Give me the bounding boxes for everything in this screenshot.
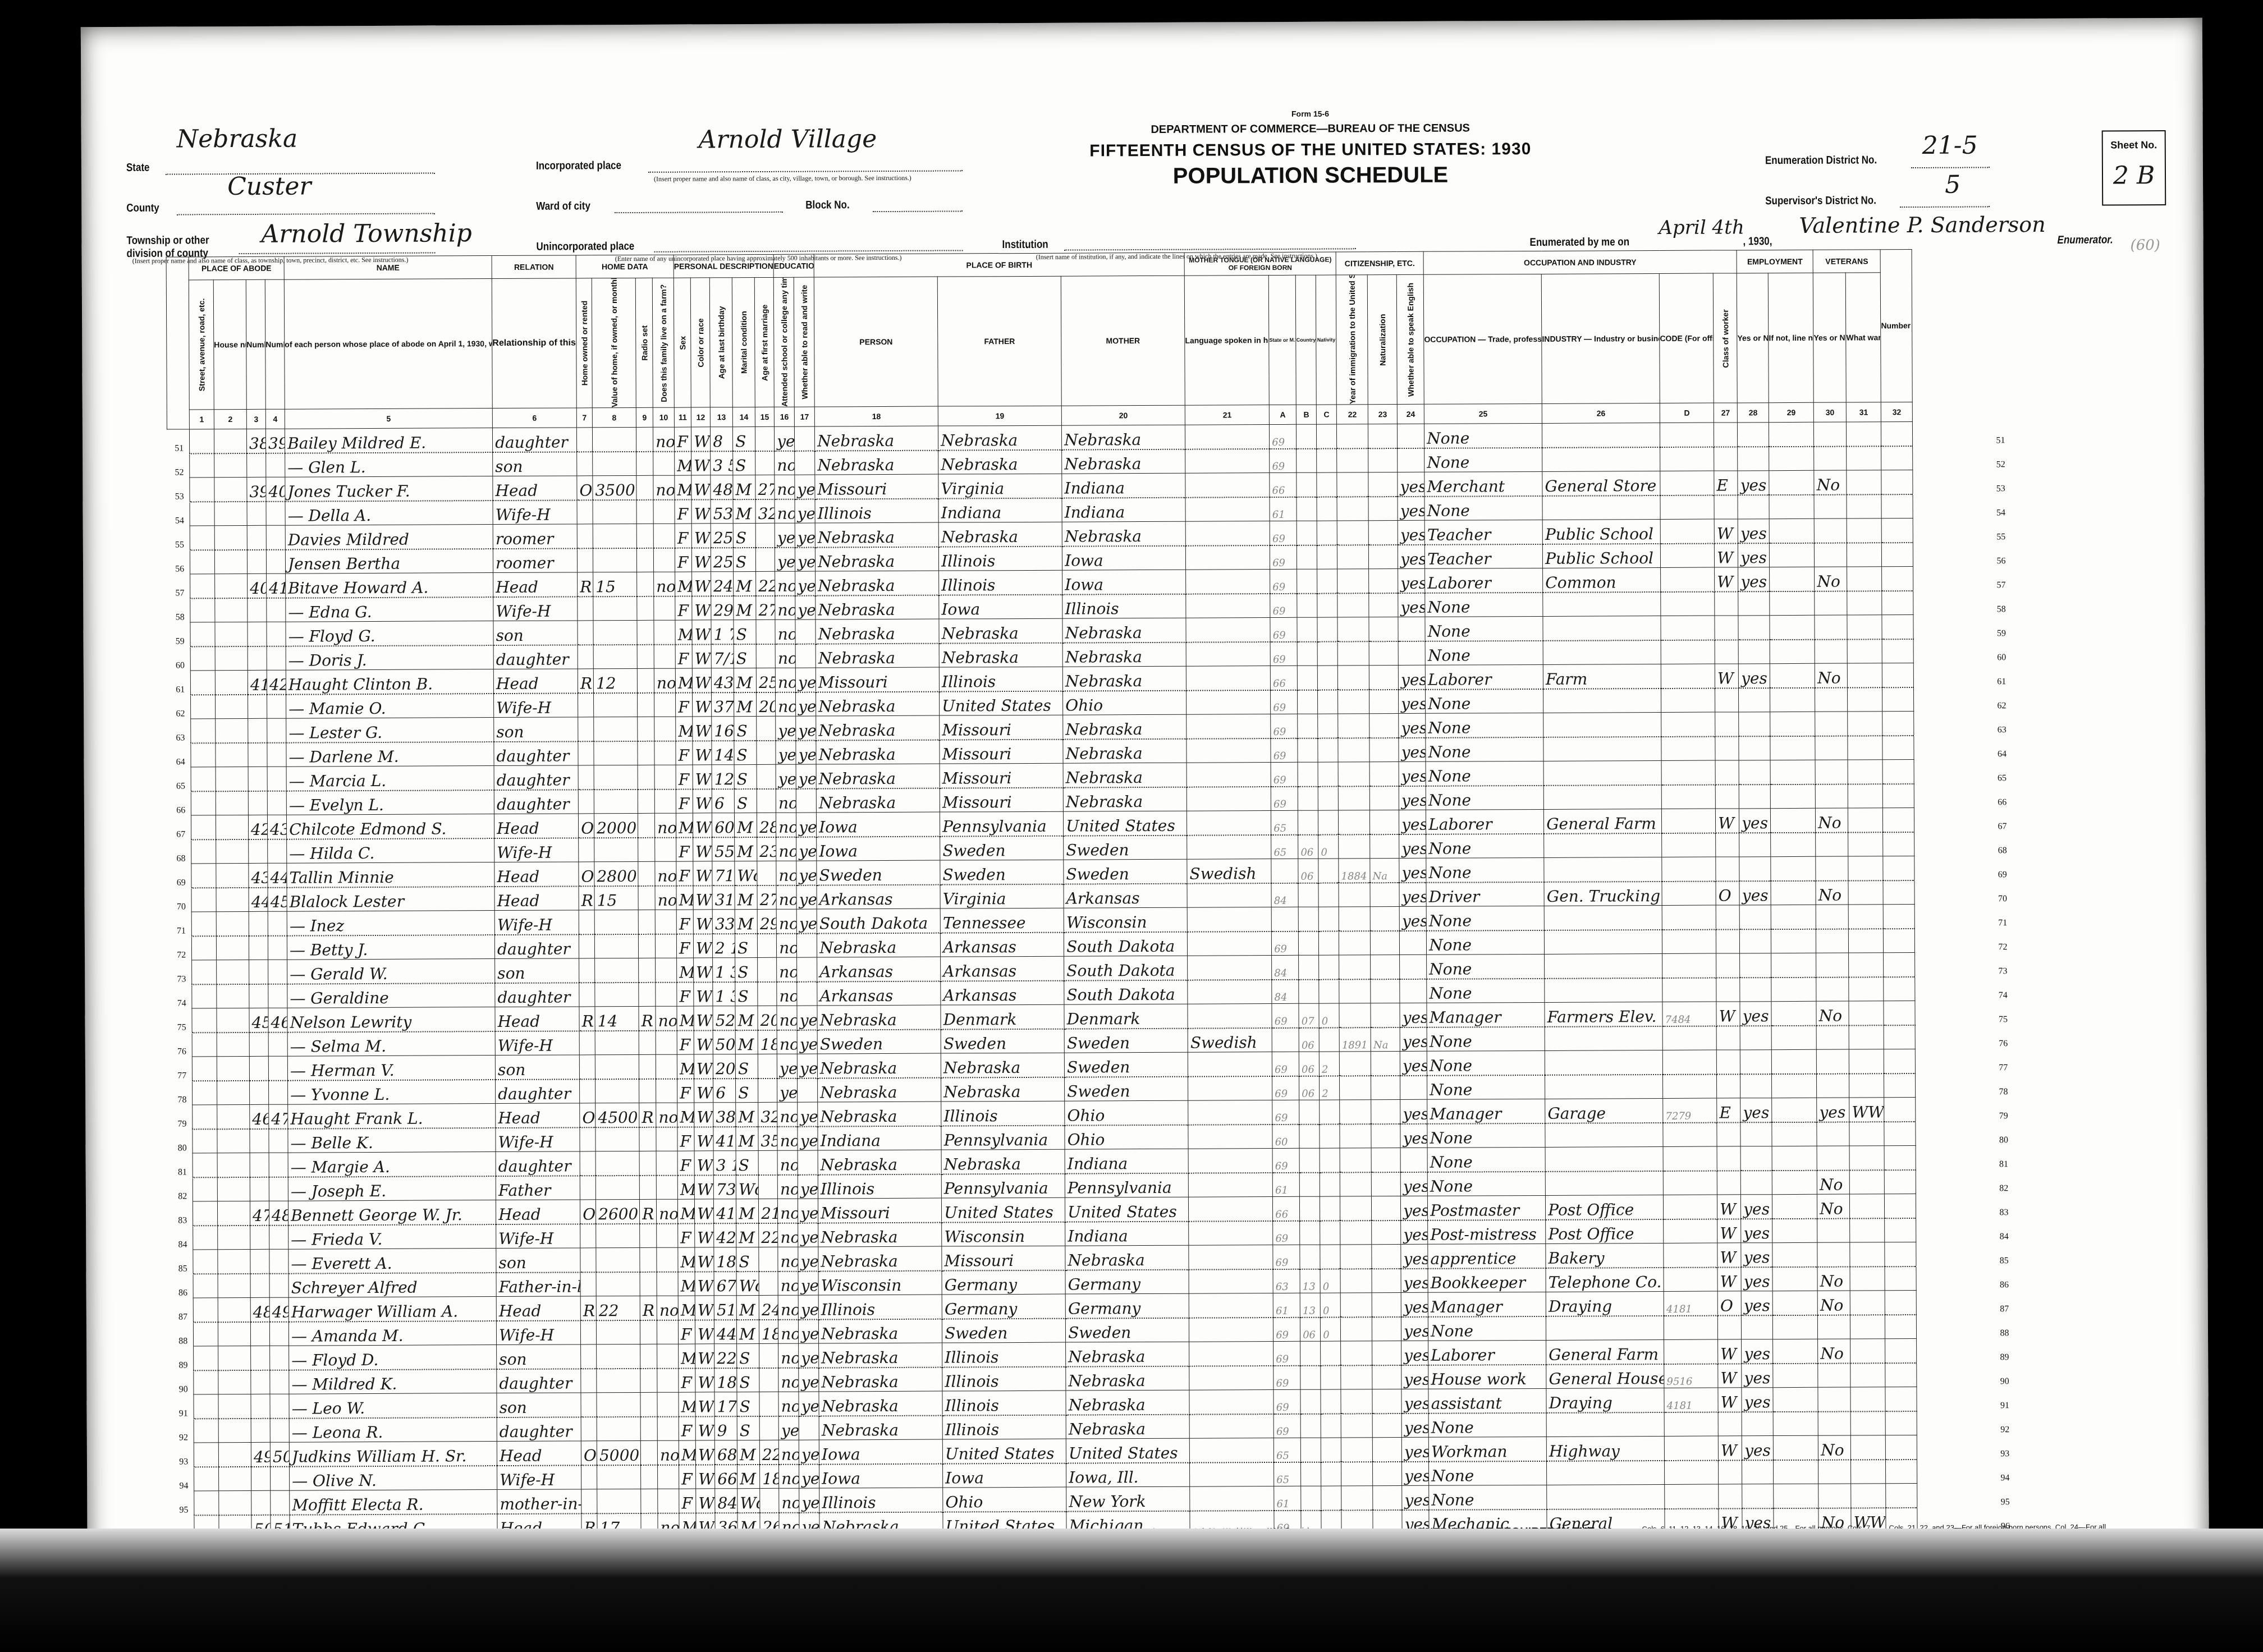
mother-tongue: Swedish — [1187, 859, 1271, 884]
race: W — [693, 692, 712, 717]
class-of-worker: W — [1715, 664, 1738, 688]
code-state: 69 — [1273, 1317, 1300, 1341]
age: 25 — [711, 524, 733, 548]
occupation: Workman — [1428, 1437, 1546, 1461]
home-value — [595, 1030, 639, 1054]
veteran — [1818, 1460, 1851, 1484]
mother-tongue — [1187, 931, 1271, 956]
home-value — [594, 692, 638, 717]
code-country — [1297, 472, 1317, 497]
person-name: — Gerald W. — [287, 959, 495, 984]
family-number — [269, 1273, 288, 1297]
relation: daughter — [494, 790, 578, 814]
occupation-code — [1660, 495, 1714, 519]
read-write — [795, 426, 815, 451]
birthplace-mother: South Dakota — [1064, 931, 1187, 956]
family-number — [269, 1177, 288, 1201]
home-value — [593, 548, 636, 572]
birthplace-mother: Indiana — [1062, 497, 1185, 522]
war-expedition — [1848, 784, 1882, 808]
age: 12 — [712, 765, 734, 789]
birthplace-mother: Nebraska — [1063, 714, 1187, 739]
age-first-marriage: 27 — [755, 475, 775, 499]
occupation-code — [1665, 1460, 1719, 1484]
age-first-marriage: 24 — [759, 1295, 778, 1319]
age-first-marriage — [757, 788, 776, 813]
code-nativity — [1317, 424, 1337, 448]
war-expedition — [1849, 977, 1884, 1001]
industry — [1542, 495, 1660, 520]
immigration-year — [1337, 424, 1368, 448]
home-owned-rented — [580, 1248, 596, 1272]
column-number: B — [1296, 405, 1316, 424]
dwelling-number — [250, 1128, 269, 1153]
code-state: 69 — [1272, 1003, 1299, 1027]
relation: Head — [496, 1296, 580, 1321]
home-value — [593, 499, 636, 524]
mother-tongue — [1190, 1462, 1274, 1487]
at-work: yes — [1738, 567, 1770, 591]
birthplace-mother: South Dakota — [1064, 980, 1188, 1004]
immigration-year — [1337, 497, 1368, 521]
birthplace-father: Pennsylvania — [941, 1125, 1065, 1150]
code-state: 65 — [1274, 1462, 1301, 1486]
race: W — [695, 1320, 714, 1344]
birthplace-mother: Illinois — [1062, 594, 1186, 618]
age-first-marriage — [759, 1368, 778, 1392]
race: W — [693, 717, 712, 741]
mother-tongue — [1188, 1125, 1272, 1149]
block-label: Block No. — [805, 199, 850, 212]
occupation-code — [1662, 833, 1716, 857]
person-name: — Floyd D. — [289, 1345, 497, 1370]
relation: Head — [494, 814, 578, 838]
occupation: None — [1427, 1147, 1545, 1172]
birthplace-mother: Nebraska — [1062, 521, 1185, 546]
age-first-marriage — [758, 1174, 777, 1199]
class-of-worker: W — [1718, 1339, 1742, 1364]
code-country — [1300, 1414, 1321, 1438]
birthplace-mother: Indiana — [1065, 1149, 1188, 1173]
marital-status: S — [735, 1054, 758, 1079]
at-work — [1738, 447, 1769, 471]
age-first-marriage: 28 — [757, 813, 776, 837]
class-of-worker: E — [1714, 471, 1738, 495]
class-of-worker — [1715, 640, 1738, 664]
marital-status: S — [734, 717, 757, 741]
birthplace-person: Missouri — [816, 667, 939, 692]
farm-schedule-number — [1882, 567, 1913, 591]
read-write: yes — [796, 740, 816, 764]
dwelling-number — [248, 767, 267, 791]
occupation: None — [1427, 954, 1545, 979]
school-attendance: no — [778, 1223, 798, 1247]
school-attendance: no — [777, 1030, 797, 1054]
age: 14 — [712, 741, 734, 765]
class-of-worker — [1719, 1484, 1742, 1508]
at-work: yes — [1739, 809, 1771, 833]
house-number — [214, 525, 247, 549]
marital-status: S — [734, 765, 757, 789]
farm-schedule-number — [1885, 1411, 1917, 1435]
form-number: Form 15-6 — [1057, 108, 1563, 120]
person-name: — Margie A. — [288, 1152, 496, 1177]
street — [194, 1394, 218, 1419]
age: 18 — [714, 1368, 737, 1392]
person-name: — Geraldine — [287, 983, 495, 1008]
sex: F — [676, 692, 693, 717]
home-owned-rented: R — [578, 572, 593, 596]
veteran: No — [1816, 808, 1848, 832]
industry: Post Office — [1546, 1219, 1664, 1243]
birthplace-father: Missouri — [940, 715, 1063, 740]
veteran — [1815, 712, 1848, 736]
birthplace-mother: Ohio — [1063, 690, 1187, 715]
occupation: None — [1428, 1316, 1546, 1341]
farm-flag — [657, 1320, 678, 1344]
code-country — [1298, 738, 1318, 762]
code-state: 69 — [1272, 1052, 1299, 1076]
column-number: 16 — [774, 407, 794, 426]
farm-schedule-number — [1885, 1315, 1917, 1339]
occupation: None — [1427, 1123, 1545, 1148]
supervisor-line — [1900, 206, 1990, 208]
column-number: 14 — [732, 407, 755, 427]
house-number — [217, 1177, 250, 1201]
house-number — [218, 1346, 251, 1370]
birthplace-person: Nebraska — [817, 1053, 941, 1078]
person-name: — Mamie O. — [286, 694, 494, 719]
street — [191, 839, 216, 864]
home-owned-rented — [578, 693, 594, 717]
age-first-marriage: 27 — [757, 885, 776, 909]
home-owned-rented — [581, 1344, 597, 1369]
mother-tongue — [1187, 690, 1271, 715]
industry: General Housework — [1546, 1364, 1664, 1388]
birthplace-person: Nebraska — [816, 740, 940, 764]
birthplace-father: Missouri — [940, 763, 1063, 788]
birthplace-father: Arkansas — [940, 932, 1064, 957]
relation: Wife-H — [493, 596, 578, 621]
radio-set — [638, 741, 654, 765]
code-nativity: 0 — [1320, 1317, 1340, 1341]
age-first-marriage: 22 — [759, 1223, 778, 1247]
read-write: yes — [796, 885, 817, 909]
class-of-worker — [1717, 1122, 1740, 1146]
enumerator-name: Valentine P. Sanderson — [1799, 212, 2045, 238]
column-number: 6 — [492, 408, 576, 428]
dwelling-number — [248, 791, 267, 815]
code-nativity — [1317, 617, 1337, 641]
birthplace-mother: Sweden — [1065, 1318, 1189, 1342]
age: 41 — [713, 1127, 736, 1151]
line-number-right: 84 — [1916, 1217, 2090, 1242]
unemployment-line — [1773, 1315, 1818, 1339]
house-number — [217, 960, 249, 984]
column-number: 17 — [794, 407, 814, 426]
supervisor-value: 5 — [1945, 171, 1960, 199]
line-number: 87 — [171, 1298, 193, 1322]
at-work — [1740, 978, 1771, 1002]
age-first-marriage — [757, 861, 776, 885]
class-of-worker: W — [1717, 1243, 1741, 1267]
at-work — [1740, 1122, 1772, 1146]
farm-schedule-number — [1884, 1122, 1916, 1146]
at-work: yes — [1738, 543, 1770, 567]
birthplace-person: Nebraska — [818, 1150, 941, 1174]
home-owned-rented — [581, 1489, 597, 1513]
sex: F — [679, 1368, 695, 1392]
veteran — [1815, 760, 1848, 784]
race: W — [692, 668, 711, 692]
war-expedition — [1847, 446, 1881, 470]
marital-status: S — [735, 982, 758, 1006]
read-write — [795, 644, 816, 668]
age: 7/12 — [711, 644, 734, 668]
naturalization: Na — [1371, 1027, 1400, 1052]
radio-set — [640, 1272, 657, 1296]
read-write — [798, 1150, 818, 1174]
unemployment-line — [1774, 1460, 1818, 1484]
immigration-year — [1339, 1052, 1371, 1076]
column-number: 24 — [1397, 404, 1424, 424]
birthplace-father: Nebraska — [941, 1077, 1065, 1102]
family-number — [267, 742, 286, 767]
street — [193, 1105, 217, 1129]
school-attendance: yes — [777, 1078, 798, 1102]
industry — [1543, 784, 1661, 809]
veteran — [1816, 856, 1848, 880]
line-number: 54 — [167, 502, 190, 526]
line-number: 52 — [167, 453, 190, 478]
age: 8 — [710, 427, 732, 451]
person-name: — Della A. — [285, 501, 493, 526]
street — [193, 1153, 217, 1177]
immigration-year — [1340, 1076, 1371, 1100]
code-country — [1297, 569, 1317, 593]
naturalization — [1368, 521, 1398, 545]
code-nativity: 0 — [1319, 1003, 1339, 1027]
age: 18 — [714, 1247, 736, 1272]
code-country — [1299, 1124, 1320, 1148]
street — [190, 622, 215, 646]
school-attendance: no — [775, 668, 795, 692]
sex: M — [677, 1199, 694, 1223]
class-of-worker: E — [1717, 1098, 1740, 1122]
read-write: yes — [798, 1271, 818, 1295]
naturalization — [1373, 1462, 1402, 1486]
mother-tongue — [1188, 1173, 1272, 1197]
birthplace-mother: Sweden — [1064, 1028, 1188, 1053]
code-country — [1297, 641, 1317, 666]
occupation: None — [1424, 495, 1542, 520]
house-number — [216, 815, 248, 839]
sex: F — [677, 982, 694, 1006]
immigration-year — [1337, 569, 1369, 593]
at-work: yes — [1738, 471, 1769, 495]
age-first-marriage — [756, 644, 775, 668]
age-first-marriage — [757, 716, 776, 740]
code-country — [1297, 666, 1317, 690]
farm-flag — [656, 1030, 677, 1054]
dwelling-number — [251, 1466, 271, 1490]
birthplace-father: Illinois — [939, 667, 1062, 691]
veteran: No — [1817, 1291, 1850, 1315]
dwelling-number — [249, 839, 268, 863]
occupation: None — [1426, 857, 1544, 882]
line-number: 56 — [167, 550, 190, 574]
industry — [1546, 1315, 1664, 1340]
house-number — [216, 887, 249, 911]
relation: daughter — [495, 983, 579, 1007]
header-c16: Attended school or college any time sinc… — [773, 277, 794, 407]
line-number-right: 75 — [1915, 1000, 2088, 1025]
home-owned-rented — [579, 1031, 595, 1055]
relation: Father — [496, 1176, 580, 1200]
street — [192, 984, 217, 1008]
at-work — [1739, 688, 1770, 712]
occupation-code — [1662, 953, 1716, 978]
at-work: yes — [1739, 664, 1770, 688]
birthplace-father: United States — [942, 1439, 1066, 1463]
birthplace-mother: Nebraska — [1062, 618, 1186, 643]
war-expedition — [1849, 929, 1884, 953]
occupation: Manager — [1428, 1292, 1546, 1316]
unemployment-line — [1770, 736, 1815, 760]
school-attendance: no — [778, 1319, 798, 1343]
unemployment-line — [1771, 1025, 1816, 1049]
naturalization — [1371, 1172, 1400, 1196]
dwelling-number — [248, 622, 267, 646]
unemployment-line — [1774, 1435, 1818, 1460]
naturalization — [1369, 641, 1398, 666]
veteran — [1815, 615, 1847, 639]
unemployment-line — [1771, 856, 1816, 880]
speaks-english: yes — [1401, 1389, 1428, 1413]
house-number — [216, 718, 248, 742]
dwelling-number — [249, 1056, 268, 1080]
home-owned-rented — [579, 838, 594, 862]
age-first-marriage: 32 — [758, 1102, 777, 1126]
sex: M — [678, 1272, 695, 1296]
relation: son — [496, 1248, 580, 1273]
birthplace-father: United States — [940, 691, 1063, 715]
veteran: yes — [1817, 1098, 1849, 1122]
header-cC: Nativity — [1316, 275, 1336, 405]
radio-set — [637, 644, 654, 668]
veteran — [1815, 639, 1847, 663]
unemployment-line — [1770, 543, 1815, 567]
birthplace-person: Indiana — [818, 1126, 941, 1150]
birthplace-person: Nebraska — [816, 788, 940, 813]
farm-flag — [656, 958, 677, 982]
school-attendance: no — [778, 1295, 798, 1319]
home-owned-rented: R — [580, 1296, 596, 1320]
line-number-right: 82 — [1916, 1169, 2089, 1194]
ward-label: Ward of city — [536, 200, 590, 213]
birthplace-mother: Sweden — [1064, 859, 1187, 884]
marital-status: M — [735, 885, 757, 910]
family-number — [269, 1128, 288, 1153]
house-number — [217, 1201, 250, 1225]
incorporated-label: Incorporated place — [536, 159, 621, 173]
house-number — [216, 935, 249, 960]
sex: F — [676, 861, 693, 885]
at-work — [1739, 736, 1770, 760]
family-number — [267, 791, 286, 815]
war-expedition: WW — [1849, 1098, 1884, 1122]
family-number: 39 — [265, 429, 285, 453]
dwelling-number — [249, 911, 268, 935]
person-name: Schreyer Alfred — [288, 1273, 496, 1298]
farm-flag: no — [655, 861, 676, 885]
age: 22 — [714, 1344, 737, 1368]
occupation: None — [1429, 1485, 1547, 1509]
industry — [1547, 1484, 1665, 1509]
school-attendance: yes — [775, 426, 795, 451]
age-first-marriage: 18 — [760, 1464, 779, 1488]
marital-status: M — [735, 1030, 758, 1054]
naturalization — [1372, 1245, 1401, 1269]
occupation: Teacher — [1424, 520, 1542, 544]
veteran — [1817, 1049, 1849, 1073]
class-of-worker — [1716, 978, 1740, 1002]
line-number: 61 — [168, 671, 190, 695]
line-number: 57 — [168, 574, 190, 598]
industry: Telephone Co. — [1546, 1267, 1664, 1292]
code-nativity — [1320, 1172, 1340, 1196]
birthplace-father: Nebraska — [939, 618, 1062, 643]
race: W — [692, 572, 711, 596]
birthplace-mother: Sweden — [1064, 835, 1187, 860]
mother-tongue — [1185, 425, 1270, 449]
unemployment-line — [1772, 1098, 1817, 1122]
speaks-english — [1398, 617, 1425, 641]
dwelling-number — [250, 1321, 269, 1346]
dwelling-number — [248, 694, 267, 718]
home-owned-rented — [579, 910, 594, 934]
school-attendance: no — [775, 595, 795, 619]
family-number — [271, 1466, 290, 1490]
immigration-year — [1341, 1341, 1372, 1365]
age-first-marriage: 35 — [758, 1126, 777, 1150]
code-state: 69 — [1273, 1341, 1300, 1365]
home-owned-rented: O — [581, 1441, 597, 1465]
speaks-english: yes — [1400, 1027, 1427, 1051]
code-state: 69 — [1273, 1245, 1300, 1269]
naturalization — [1369, 593, 1398, 617]
header-c24: Whether able to speak English — [1396, 274, 1424, 404]
farm-schedule-number — [1882, 615, 1913, 639]
home-value: 2800 — [594, 861, 638, 885]
age: 31 — [712, 885, 735, 910]
age-first-marriage — [755, 426, 774, 451]
person-name: Moffitt Electa R. — [290, 1490, 497, 1515]
line-number-right: 95 — [1917, 1483, 2091, 1507]
family-number: 43 — [267, 815, 286, 839]
unemployment-line — [1773, 1339, 1818, 1363]
immigration-year — [1338, 738, 1369, 762]
war-expedition — [1848, 808, 1883, 832]
unemployment-line — [1772, 1266, 1817, 1291]
column-number: 8 — [592, 407, 636, 427]
code-state: 69 — [1273, 1389, 1300, 1414]
marital-status: S — [733, 548, 755, 572]
war-expedition — [1850, 1291, 1885, 1315]
unemployment-line — [1771, 953, 1816, 977]
group-home-data: HOME DATA — [576, 255, 674, 278]
birthplace-person: Iowa — [819, 1463, 943, 1488]
